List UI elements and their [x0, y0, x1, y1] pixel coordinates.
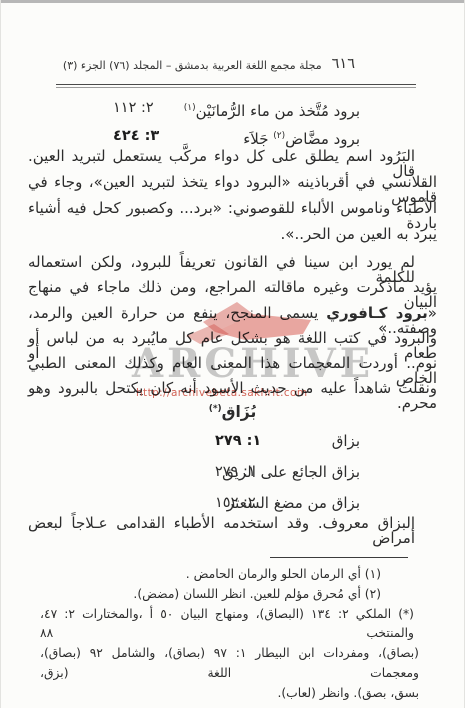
footnote-separator: [270, 557, 408, 558]
buzaq-entries-section: بزاق ١: ٢٧٩ بزاق الجائع على الريق ١: ٢٧٩…: [28, 426, 437, 519]
footnote-marker: (١): [184, 103, 196, 113]
barud-entries-section: برود مُتَّخذ من ماء الرُّمانَيْن(١) ٢: ١…: [28, 94, 437, 150]
footnote-line: (١) أي الرمان الحلو والرمان الحامض .: [40, 565, 419, 585]
paragraph-line: القلانسي في أقرباذينه «البرود دواء يتخذ …: [28, 175, 437, 201]
footnote-marker: (*): [209, 404, 222, 414]
header-rule: [56, 84, 416, 88]
footnotes-block: (١) أي الرمان الحلو والرمان الحامض . (٢)…: [40, 565, 419, 704]
footnote-line: (بصاق)، ومفردات ابن البيطار ١: ٩٧ (بصاق)…: [40, 644, 419, 684]
paragraph-line: «برود كـافوري يسمى المنجح، ينفع من حرارة…: [28, 306, 437, 331]
entry-reference: ١: ٢٧٩: [215, 426, 261, 457]
scanned-journal-page: ٦١٦ مجلة مجمع اللغة العربية بدمشق – المج…: [0, 0, 465, 708]
paragraph-line: يؤيد ماذكرت وغيره ماقالته المراجع، ومن ذ…: [28, 280, 437, 305]
footnote-marker: (٢): [273, 131, 285, 141]
entry-word-tail: جَلاَء: [243, 130, 273, 148]
journal-title: مجلة مجمع اللغة العربية بدمشق – المجلد (…: [63, 56, 322, 72]
paragraph-line: الأطباء وناموس الألباء للقوصوني: «برد...…: [28, 201, 437, 227]
page-header: ٦١٦ مجلة مجمع اللغة العربية بدمشق – المج…: [26, 56, 439, 76]
footnote-line: بسق، بصق). وانظر (لعاب).: [40, 684, 419, 704]
entry-row: برود مُتَّخذ من ماء الرُّمانَيْن(١) ٢: ١…: [28, 94, 437, 122]
entry-reference: ٣: ٤٢٤: [113, 122, 159, 150]
entry-row: برود مضَّاض(٢) جَلاَء ٣: ٤٢٤: [28, 122, 437, 150]
barud-definition-paragraph: البَرُود اسم يطلق على كل دواء مركَّب يست…: [28, 149, 437, 253]
paragraph-line: البزاق معروف. وقد استخدمه الأطباء القدام…: [28, 516, 437, 542]
page-number: ٦١٦: [332, 56, 355, 72]
paragraph-line: لم يورد ابن سينا في القانون تعريفاً للبر…: [28, 255, 437, 280]
footnote-line: (*) الملكي ٢: ١٣٤ (البصاق)، ومنهاج البيا…: [40, 605, 419, 645]
headword-text: بُزَاق: [222, 403, 257, 421]
footnote-line: (٢) أي مُحرق مؤلم للعين. انظر اللسان (مض…: [40, 585, 419, 605]
entry-word: برود مُتَّخذ من ماء الرُّمانَيْن: [196, 102, 360, 120]
buzaq-headword: بُزَاق(*): [28, 403, 437, 421]
entry-reference: ١: ٢٧٩: [215, 457, 256, 488]
scan-edge-left: [0, 0, 1, 708]
paragraph-line: البَرُود اسم يطلق على كل دواء مركَّب يست…: [28, 149, 437, 175]
entry-reference: ٢: ١١٢: [113, 94, 154, 122]
entry-word: بزاق: [332, 432, 360, 450]
entry-row: بزاق ١: ٢٧٩: [28, 426, 437, 457]
entry-row: بزاق الجائع على الريق ١: ٢٧٩: [28, 457, 437, 488]
ibn-sina-paragraph: لم يورد ابن سينا في القانون تعريفاً للبر…: [28, 255, 437, 407]
paragraph-line: يبرد به العين من الحر..».: [28, 227, 437, 253]
paragraph-line: والبرود في كتب اللغة هو بشكل عام كل مايُ…: [28, 331, 437, 356]
buzaq-definition-paragraph: البزاق معروف. وقد استخدمه الأطباء القدام…: [28, 516, 437, 542]
paragraph-line: نوم.. أوردت المعجمات هذا المعنى العام وك…: [28, 356, 437, 381]
entry-word: برود مضَّاض: [285, 130, 360, 148]
scan-edge-top: [0, 0, 465, 3]
